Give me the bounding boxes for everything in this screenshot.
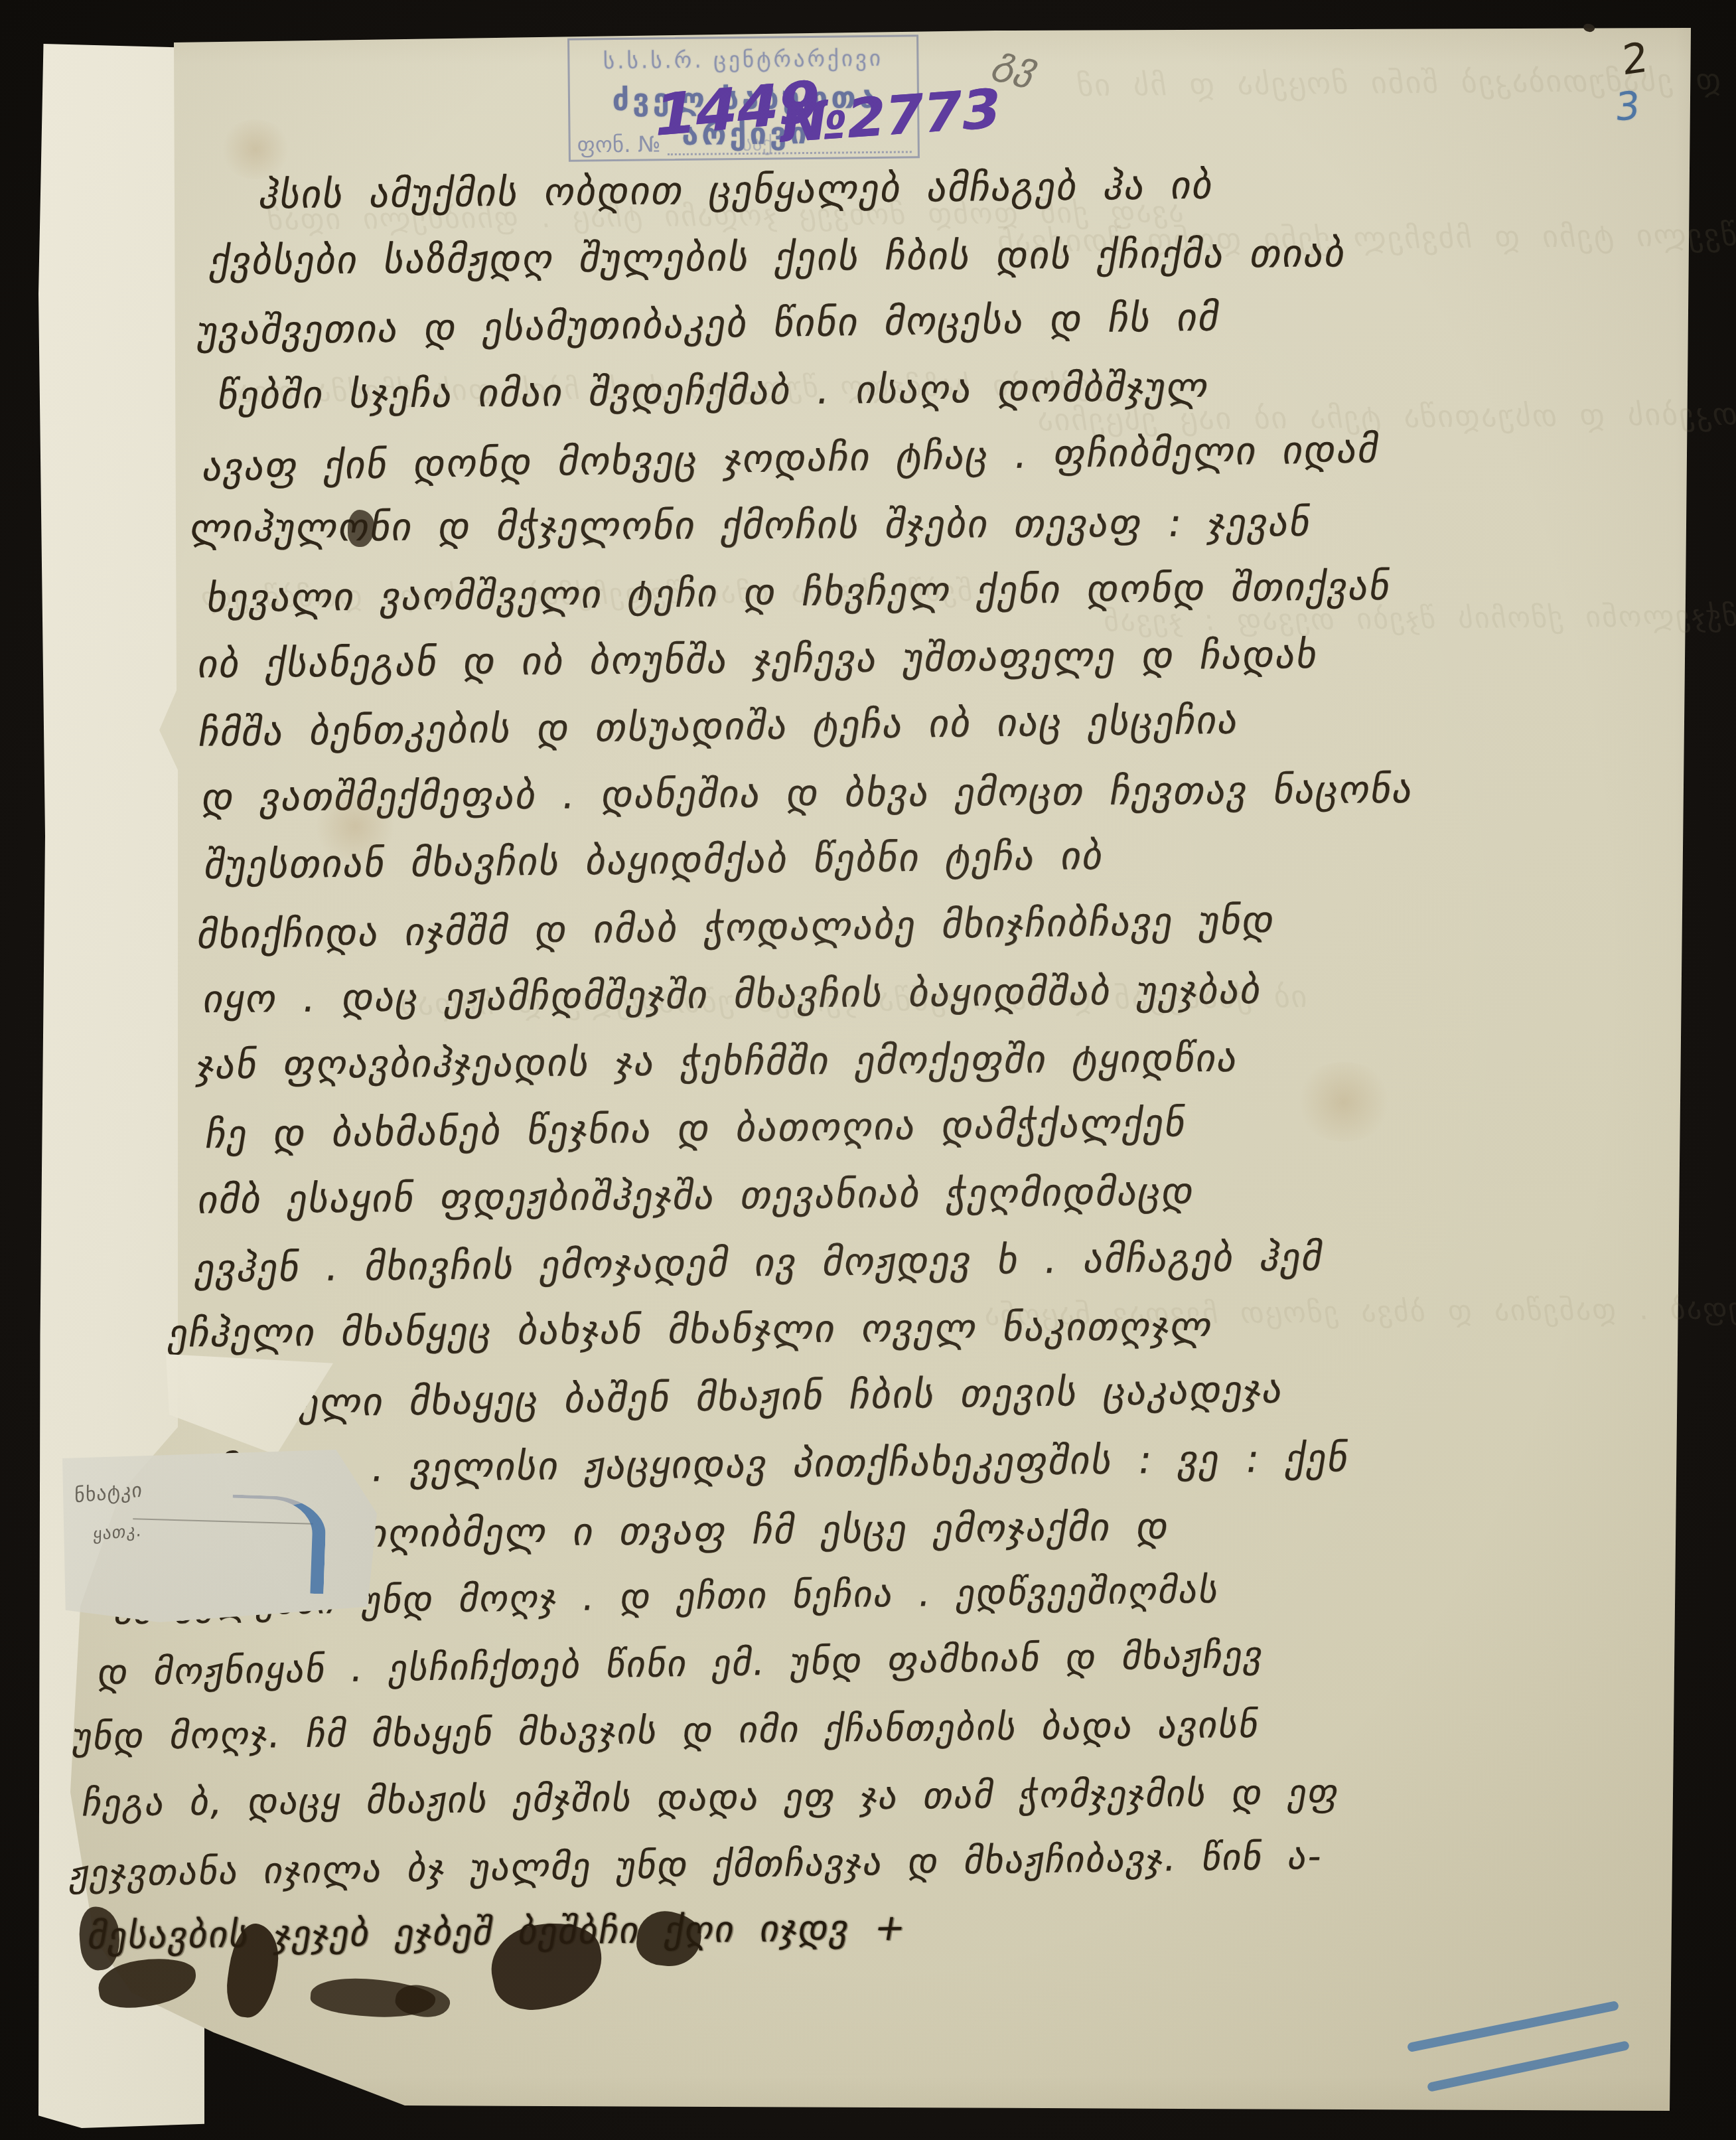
page-number-ink: 2 [1621,33,1649,85]
manuscript-line: წებში სჯეჩა იმაი შვდეჩქმაბ . ისაღა დომბშ… [214,364,1213,418]
manuscript-line: დ ვათშმექმეფაბ . დანეშია დ ბხვა ემოცთ ჩე… [198,767,1417,820]
scanned-manuscript-page: უვაშვეთია დ ესამუთიბაკებ წინი მოცესა დ ჩ… [0,0,1736,2140]
manuscript-line: შუესთიან მხავჩის ბაყიდმქაბ წებნი ტეჩა იბ [201,833,1108,887]
manuscript-line: იყო . დაც ეჟამჩდმშეჯში მხავჩის ბაყიდმშაბ… [200,967,1266,1022]
page-number-blue-pencil: 3 [1614,82,1642,129]
manuscript-line: ეჩჰელი მხანყეც ბახჯან მხანჯლი ოველ ნაკით… [165,1304,1216,1356]
blue-crayon-tick [230,1495,327,1594]
manuscript-line: ქვბსები საზმჟდღ შულების ქეის ჩბის დის ქჩ… [206,230,1350,283]
manuscript-line: იმბ ესაყინ ფდეჟბიშჰეჯშა თევანიაბ ჭეღმიდმ… [194,1168,1198,1222]
stamp-fond-label: ფონ. № [577,131,661,157]
stamp-line-1: ს.ს.ს.რ. ცენტრარქივი [569,44,916,74]
manuscript-line: ჯან ფღავბიჰჯეადის ჯა ჭეხჩმში ემოქეფში ტყ… [193,1035,1242,1088]
